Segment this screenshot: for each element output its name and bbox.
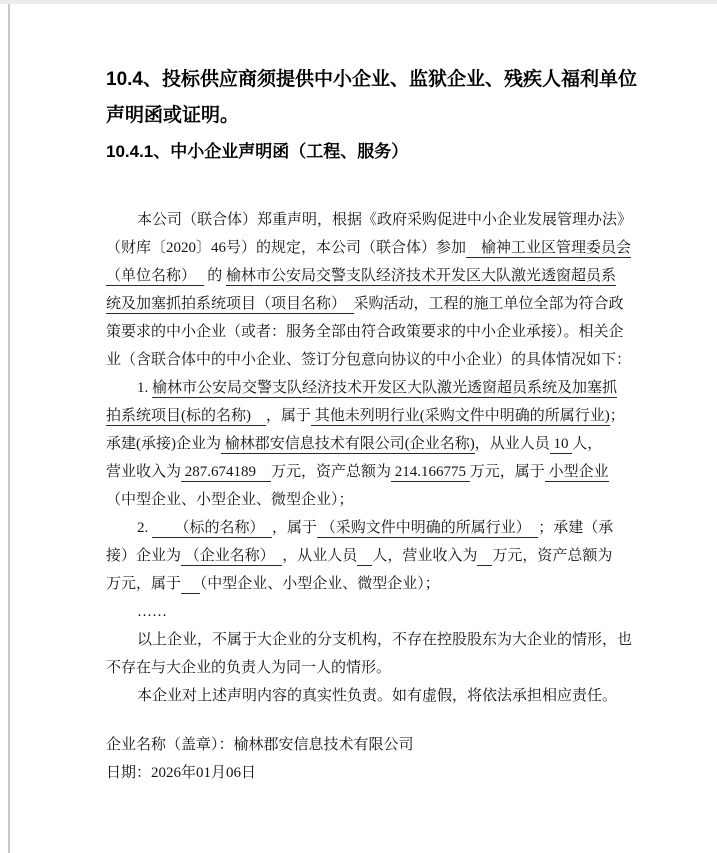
underlined-segment: 统及加塞抓拍系统项目（项目名称）: [106, 296, 354, 314]
underlined-segment: 10: [550, 436, 573, 454]
text-segment: ，属于: [266, 408, 311, 424]
underlined-segment: 小型企业: [545, 464, 609, 482]
text-segment: 1.: [137, 380, 152, 396]
underlined-segment: [357, 548, 372, 566]
text-segment: 万元，属于: [106, 576, 181, 592]
text-segment: 承建(承接)企业为: [106, 436, 221, 452]
text-segment: 不存在与大企业的负责人为同一人的情形。: [106, 660, 391, 676]
body-line: 承建(承接)企业为 榆林郡安信息技术有限公司(企业名称)，从业人员 10 人，: [106, 430, 636, 458]
underlined-segment: 287.674189: [181, 464, 271, 482]
text-segment: 人，营业收入为: [372, 548, 477, 564]
text-segment: 业（含联合体中的中小企业、签订分包意向协议的中小企业）的具体情况如下：: [106, 352, 631, 368]
text-segment: ；: [610, 408, 625, 424]
body-line: （财库〔2020〕46号）的规定，本公司（联合体）参加 榆神工业区管理委员会: [106, 234, 636, 262]
signature-block: 企业名称（盖章）：榆林郡安信息技术有限公司 日期：2026年01月06日: [106, 731, 636, 787]
body-line: （中型企业、小型企业、微型企业）；: [106, 486, 636, 514]
underlined-segment: 榆神工业区管理委员会: [466, 240, 631, 258]
text-segment: 人，: [572, 436, 602, 452]
body-line: 业（含联合体中的中小企业、签订分包意向协议的中小企业）的具体情况如下：: [106, 346, 636, 374]
underlined-segment: 榆林市公安局交警支队经济技术开发区大队激光透窗超员系: [226, 268, 616, 286]
sub-section-heading: 10.4.1、中小企业声明函（工程、服务）: [106, 134, 636, 170]
text-segment: ；承建（承: [538, 520, 613, 536]
text-segment: ，从业人员: [282, 548, 357, 564]
section-heading: 10.4、投标供应商须提供中小企业、监狱企业、残疾人福利单位 声明函或证明。 1…: [106, 62, 636, 170]
text-segment: （财库〔2020〕46号）的规定，本公司（联合体）参加: [106, 240, 466, 256]
text-segment: 万元，资产总额为: [492, 548, 612, 564]
body-line: 本企业对上述声明内容的真实性负责。如有虚假，将依法承担相应责任。: [106, 682, 636, 710]
text-segment: （中型企业、小型企业、微型企业）；: [200, 576, 440, 592]
text-segment: 以上企业，不属于大企业的分支机构，不存在控股股东为大企业的情形，也: [137, 632, 632, 648]
body-line: 营业收入为 287.674189 万元，资产总额为 214.166775 万元，…: [106, 458, 636, 486]
underlined-segment: 214.166775: [391, 464, 470, 482]
underlined-segment: 榆林郡安信息技术有限公司(企业名称): [221, 436, 475, 454]
body-line: 万元，属于 （中型企业、小型企业、微型企业）；: [106, 570, 636, 598]
footer-company-line: 企业名称（盖章）：榆林郡安信息技术有限公司: [106, 731, 636, 759]
section-heading-line-2: 声明函或证明。: [106, 98, 636, 134]
text-segment: 本公司（联合体）郑重声明，根据《政府采购促进中小企业发展管理办法》: [137, 212, 632, 228]
text-segment: 采购活动，工程的施工单位全部为符合政: [354, 296, 624, 312]
body-line: 以上企业，不属于大企业的分支机构，不存在控股股东为大企业的情形，也: [106, 626, 636, 654]
text-segment: ，从业人员: [475, 436, 550, 452]
underlined-segment: [477, 548, 492, 566]
underlined-segment: 拍系统项目(标的名称): [106, 408, 266, 426]
text-segment: 2.: [137, 520, 152, 536]
body-line: 不存在与大企业的负责人为同一人的情形。: [106, 654, 636, 682]
text-segment: （中型企业、小型企业、微型企业）；: [106, 492, 354, 508]
text-segment: 万元，属于: [470, 464, 545, 480]
underlined-segment: 榆林市公安局交警支队经济技术开发区大队激光透窗超员系统及加塞抓: [152, 380, 617, 398]
document-content: 10.4、投标供应商须提供中小企业、监狱企业、残疾人福利单位 声明函或证明。 1…: [106, 0, 636, 787]
underlined-segment: [181, 576, 200, 594]
body-line: 本公司（联合体）郑重声明，根据《政府采购促进中小企业发展管理办法》: [106, 206, 636, 234]
document-page: 10.4、投标供应商须提供中小企业、监狱企业、残疾人福利单位 声明函或证明。 1…: [0, 0, 717, 853]
body-line: 1. 榆林市公安局交警支队经济技术开发区大队激光透窗超员系统及加塞抓: [106, 374, 636, 402]
section-heading-line-1: 10.4、投标供应商须提供中小企业、监狱企业、残疾人福利单位: [106, 62, 636, 98]
text-segment: 的: [204, 268, 227, 284]
text-segment: 本企业对上述声明内容的真实性负责。如有虚假，将依法承担相应责任。: [137, 688, 617, 704]
body-line: ……: [106, 598, 636, 626]
text-segment: 策要求的中小企业（或者：服务全部由符合政策要求的中小企业承接）。相关企: [106, 324, 624, 340]
text-segment: 接）企业为: [106, 548, 181, 564]
body-line: （单位名称） 的 榆林市公安局交警支队经济技术开发区大队激光透窗超员系: [106, 262, 636, 290]
underlined-segment: （标的名称）: [152, 520, 272, 538]
text-segment: ……: [137, 604, 167, 620]
body-line: 拍系统项目(标的名称) ，属于 其他未列明行业(采购文件中明确的所属行业)；: [106, 402, 636, 430]
footer-date-line: 日期：2026年01月06日: [106, 759, 636, 787]
document-body: 本公司（联合体）郑重声明，根据《政府采购促进中小企业发展管理办法》（财库〔202…: [106, 206, 636, 710]
body-line: 2. （标的名称） ，属于 （采购文件中明确的所属行业） ；承建（承: [106, 514, 636, 542]
text-segment: ，属于: [272, 520, 317, 536]
text-segment: 万元，资产总额为: [271, 464, 391, 480]
underlined-segment: （企业名称）: [181, 548, 282, 566]
body-line: 策要求的中小企业（或者：服务全部由符合政策要求的中小企业承接）。相关企: [106, 318, 636, 346]
body-line: 统及加塞抓拍系统项目（项目名称） 采购活动，工程的施工单位全部为符合政: [106, 290, 636, 318]
underlined-segment: 其他未列明行业(采购文件中明确的所属行业): [311, 408, 610, 426]
underlined-segment: （采购文件中明确的所属行业）: [317, 520, 538, 538]
page-left-edge-line: [8, 4, 10, 853]
body-line: 接）企业为 （企业名称） ，从业人员 人，营业收入为 万元，资产总额为: [106, 542, 636, 570]
underlined-segment: （单位名称）: [106, 268, 204, 286]
text-segment: 营业收入为: [106, 464, 181, 480]
